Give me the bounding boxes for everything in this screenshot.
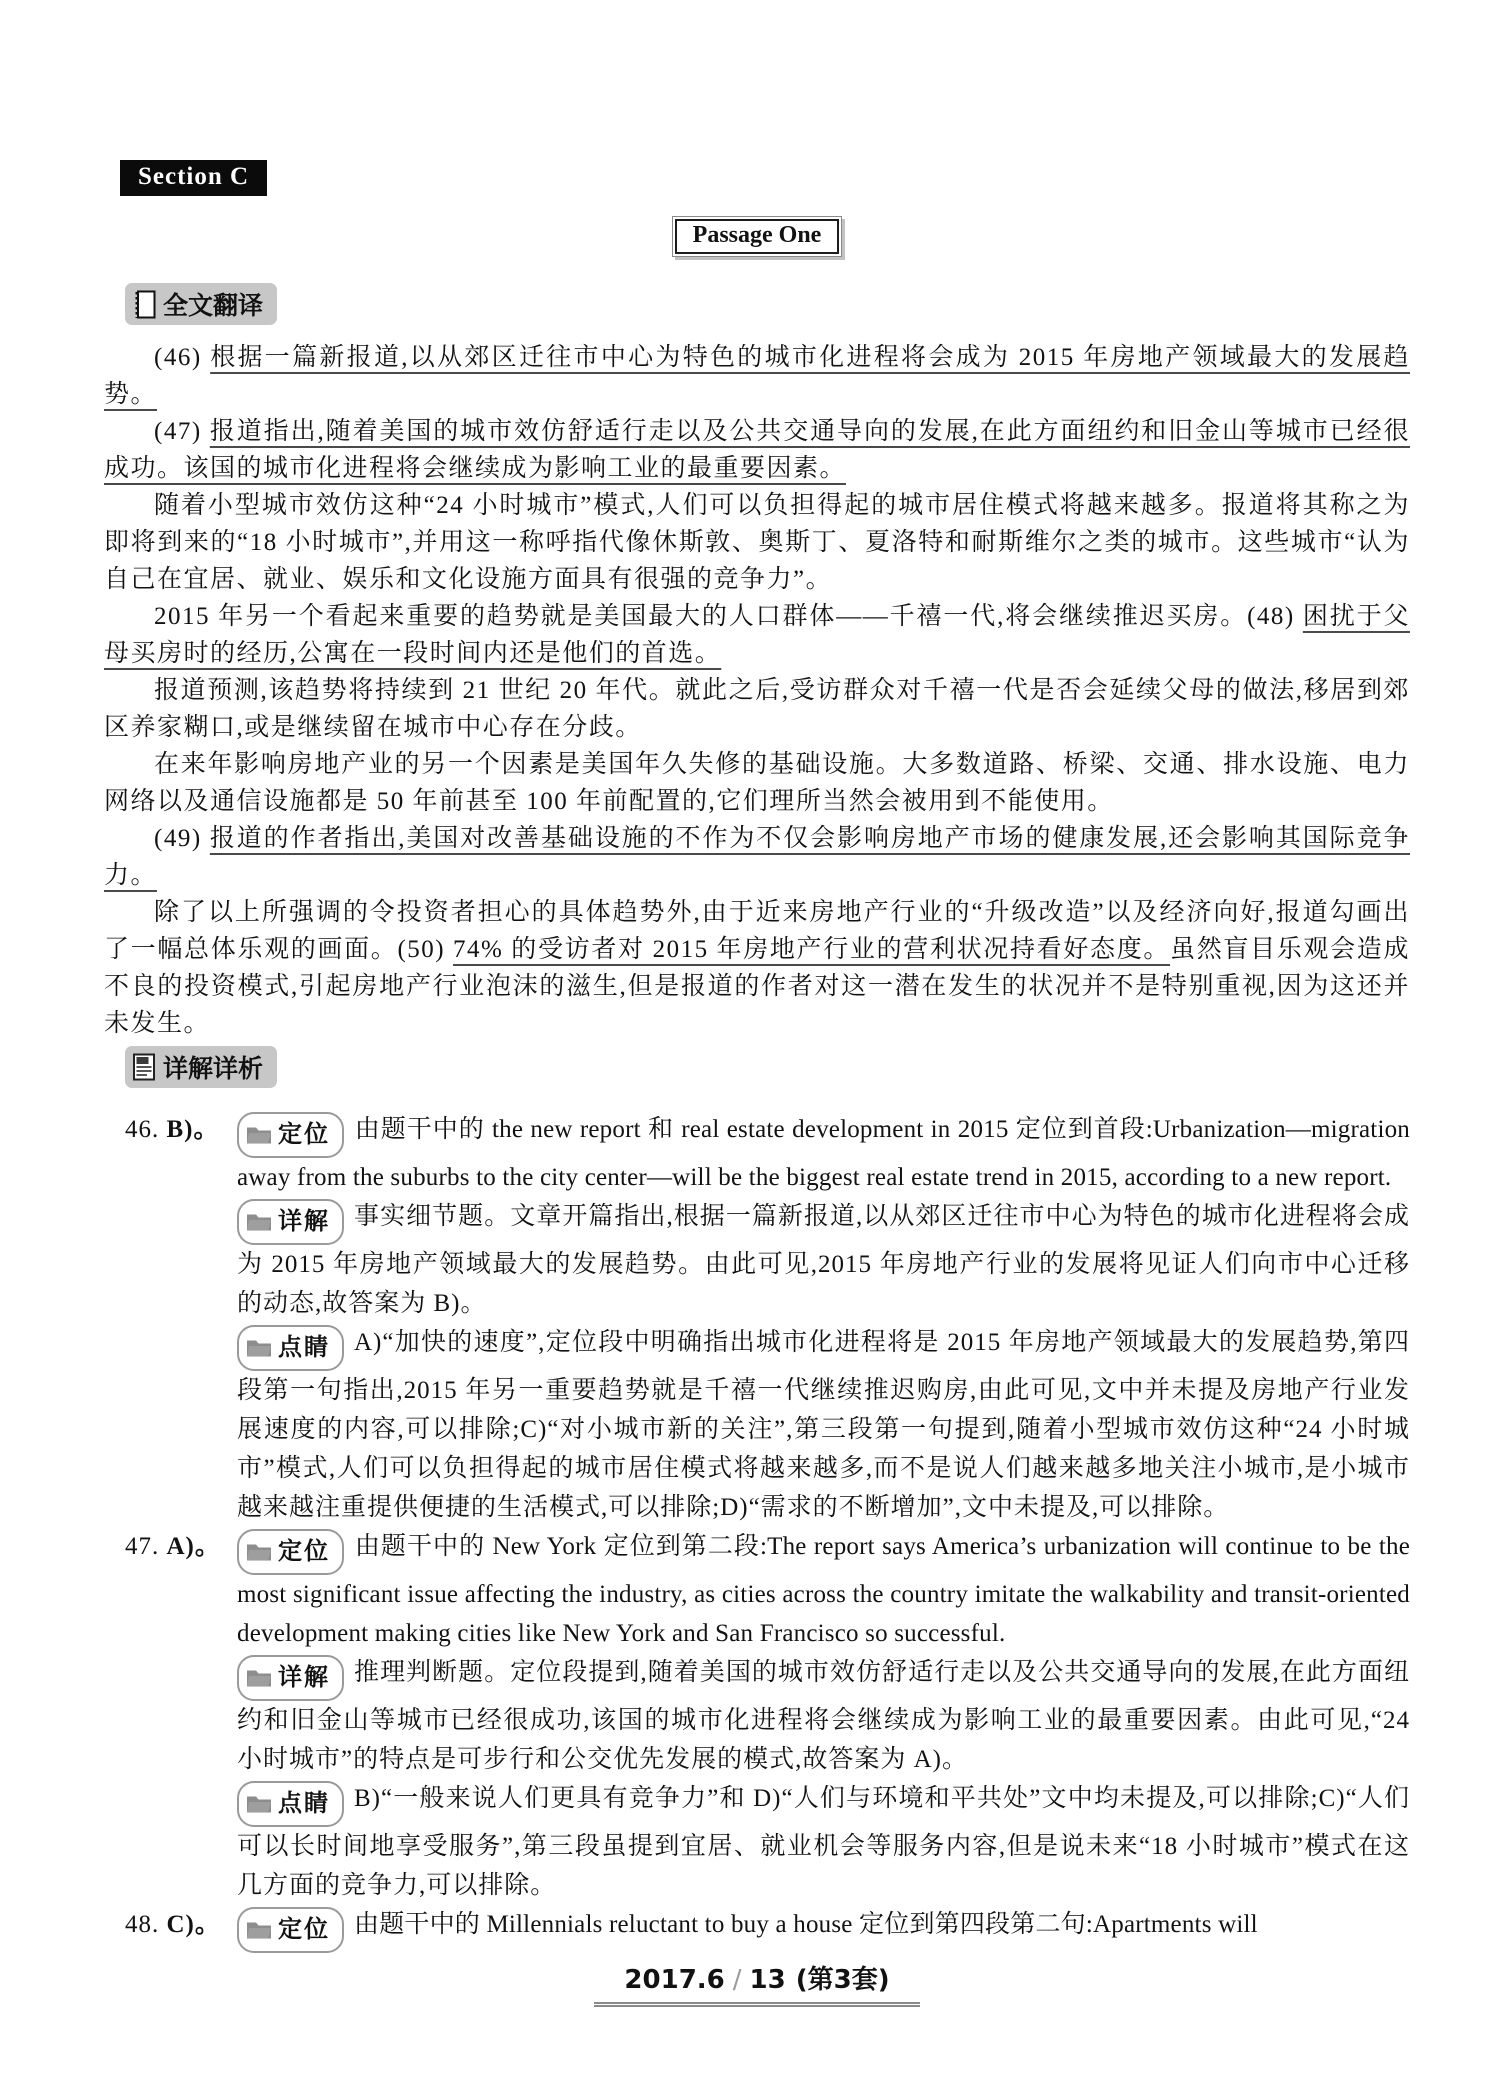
locate-block: 定位由题干中的 Millennials reluctant to buy a h… bbox=[237, 1905, 1410, 1953]
detail-text: 事实细节题。文章开篇指出,根据一篇新报道,以从郊区迁往市中心为特色的城市化进程将… bbox=[237, 1203, 1410, 1317]
passage-one-box: Passage One bbox=[672, 216, 843, 257]
locate-text: 由题干中的 New York 定位到第二段:The report says Am… bbox=[237, 1533, 1410, 1647]
tip-text: B)“一般来说人们更具有竞争力”和 D)“人们与环境和平共处”文中均未提及,可以… bbox=[237, 1785, 1410, 1899]
detail-badge: 详解 bbox=[237, 1199, 344, 1245]
footer-set-label: (第3套) bbox=[796, 1965, 890, 1995]
question-no: 47. bbox=[125, 1533, 159, 1560]
folder-icon bbox=[246, 1794, 272, 1813]
translation-header-label: 全文翻译 bbox=[163, 286, 263, 322]
plain-text: 2015 年另一个看起来重要的趋势就是美国最大的人口群体——千禧一代,将会继续推… bbox=[154, 603, 1247, 630]
blank-number: (48) bbox=[1247, 603, 1303, 630]
locate-block: 定位由题干中的 New York 定位到第二段:The report says … bbox=[237, 1527, 1410, 1653]
translation-section: (46) 根据一篇新报道,以从郊区迁往市中心为特色的城市化进程将会成为 2015… bbox=[104, 339, 1410, 1042]
locate-badge-label: 定位 bbox=[278, 1115, 330, 1154]
question-number: 47. A)。 bbox=[125, 1527, 221, 1566]
translation-paragraph-47: (47) 报道指出,随着美国的城市效仿舒适行走以及公共交通导向的发展,在此方面纽… bbox=[104, 413, 1410, 487]
detail-badge-label: 详解 bbox=[278, 1202, 330, 1241]
footer-slash: / bbox=[733, 1965, 742, 1995]
translation-paragraph-3: 随着小型城市效仿这种“24 小时城市”模式,人们可以负担得起的城市居住模式将越来… bbox=[104, 487, 1410, 598]
answer-letter: C)。 bbox=[167, 1911, 221, 1938]
notebook-icon bbox=[132, 290, 156, 319]
answer-letter: A)。 bbox=[167, 1533, 221, 1560]
blank-number: (50) bbox=[397, 936, 453, 963]
footer-text: 2017.6/13(第3套) bbox=[594, 1959, 919, 2007]
blank-number: (47) bbox=[154, 418, 210, 445]
answer-letter: B)。 bbox=[167, 1116, 220, 1143]
translation-paragraph-48: 2015 年另一个看起来重要的趋势就是美国最大的人口群体——千禧一代,将会继续推… bbox=[104, 598, 1410, 672]
tip-block: 点睛B)“一般来说人们更具有竞争力”和 D)“人们与环境和平共处”文中均未提及,… bbox=[237, 1779, 1410, 1905]
passage-one-title: Passage One bbox=[675, 219, 840, 254]
question-no: 46. bbox=[125, 1116, 159, 1143]
detail-badge: 详解 bbox=[237, 1655, 344, 1701]
locate-text: 由题干中的 the new report 和 real estate devel… bbox=[237, 1116, 1410, 1191]
question-no: 48. bbox=[125, 1911, 159, 1938]
book-page: Section C Passage One 全文翻译 (46) 根据一篇新报道,… bbox=[0, 0, 1504, 2094]
folder-icon bbox=[246, 1920, 272, 1939]
tip-badge: 点睛 bbox=[237, 1325, 344, 1371]
folder-icon bbox=[246, 1212, 272, 1231]
locate-badge-label: 定位 bbox=[278, 1532, 330, 1571]
analysis-header-label: 详解详析 bbox=[163, 1049, 263, 1085]
folder-icon bbox=[246, 1338, 272, 1357]
folder-icon bbox=[246, 1125, 272, 1144]
analysis-item-46: 46. B)。 定位由题干中的 the new report 和 real es… bbox=[125, 1110, 1410, 1527]
underlined-sentence: 根据一篇新报道,以从郊区迁往市中心为特色的城市化进程将会成为 2015 年房地产… bbox=[104, 344, 1410, 408]
footer-year: 2017.6 bbox=[624, 1965, 724, 1995]
tip-badge-label: 点睛 bbox=[278, 1328, 330, 1367]
tip-block: 点睛A)“加快的速度”,定位段中明确指出城市化进程将是 2015 年房地产领域最… bbox=[237, 1323, 1410, 1527]
translation-paragraph-5: 报道预测,该趋势将持续到 21 世纪 20 年代。就此之后,受访群众对千禧一代是… bbox=[104, 672, 1410, 746]
folder-icon bbox=[246, 1668, 272, 1687]
locate-badge-label: 定位 bbox=[278, 1910, 330, 1949]
analysis-item-48: 48. C)。 定位由题干中的 Millennials reluctant to… bbox=[125, 1905, 1410, 1953]
locate-badge: 定位 bbox=[237, 1112, 344, 1158]
passage-title-row: Passage One bbox=[104, 216, 1410, 257]
folder-icon bbox=[246, 1542, 272, 1561]
detail-block: 详解推理判断题。定位段提到,随着美国的城市效仿舒适行走以及公共交通导向的发展,在… bbox=[237, 1653, 1410, 1779]
underlined-sentence: 报道指出,随着美国的城市效仿舒适行走以及公共交通导向的发展,在此方面纽约和旧金山… bbox=[104, 418, 1410, 482]
translation-paragraph-49: (49) 报道的作者指出,美国对改善基础设施的不作为不仅会影响房地产市场的健康发… bbox=[104, 820, 1410, 894]
document-icon bbox=[132, 1053, 156, 1081]
detail-text: 推理判断题。定位段提到,随着美国的城市效仿舒适行走以及公共交通导向的发展,在此方… bbox=[237, 1659, 1410, 1773]
underlined-sentence: 报道的作者指出,美国对改善基础设施的不作为不仅会影响房地产市场的健康发展,还会影… bbox=[104, 825, 1410, 889]
translation-paragraph-50: 除了以上所强调的令投资者担心的具体趋势外,由于近来房地产行业的“升级改造”以及经… bbox=[104, 894, 1410, 1042]
blank-number: (49) bbox=[154, 825, 210, 852]
translation-header: 全文翻译 bbox=[125, 283, 277, 325]
blank-number: (46) bbox=[154, 344, 210, 371]
section-c-tag: Section C bbox=[120, 160, 267, 196]
translation-paragraph-6: 在来年影响房地产业的另一个因素是美国年久失修的基础设施。大多数道路、桥梁、交通、… bbox=[104, 746, 1410, 820]
analysis-item-47: 47. A)。 定位由题干中的 New York 定位到第二段:The repo… bbox=[125, 1527, 1410, 1905]
detail-block: 详解事实细节题。文章开篇指出,根据一篇新报道,以从郊区迁往市中心为特色的城市化进… bbox=[237, 1197, 1410, 1323]
question-number: 48. C)。 bbox=[125, 1905, 221, 1944]
question-number: 46. B)。 bbox=[125, 1110, 220, 1149]
locate-badge: 定位 bbox=[237, 1907, 344, 1953]
translation-paragraph-46: (46) 根据一篇新报道,以从郊区迁往市中心为特色的城市化进程将会成为 2015… bbox=[104, 339, 1410, 413]
page-footer: 2017.6/13(第3套) bbox=[104, 1959, 1410, 2007]
locate-text: 由题干中的 Millennials reluctant to buy a hou… bbox=[354, 1911, 1258, 1938]
footer-page-number: 13 bbox=[750, 1965, 786, 1995]
analysis-header: 详解详析 bbox=[125, 1046, 277, 1088]
locate-block: 定位由题干中的 the new report 和 real estate dev… bbox=[237, 1110, 1410, 1197]
tip-badge-label: 点睛 bbox=[278, 1784, 330, 1823]
underlined-sentence: 74% 的受访者对 2015 年房地产行业的营利状况持看好态度。 bbox=[453, 936, 1170, 963]
analysis-section: 46. B)。 定位由题干中的 the new report 和 real es… bbox=[125, 1110, 1410, 1953]
tip-badge: 点睛 bbox=[237, 1781, 344, 1827]
locate-badge: 定位 bbox=[237, 1529, 344, 1575]
tip-text: A)“加快的速度”,定位段中明确指出城市化进程将是 2015 年房地产领域最大的… bbox=[237, 1329, 1410, 1521]
detail-badge-label: 详解 bbox=[278, 1658, 330, 1697]
